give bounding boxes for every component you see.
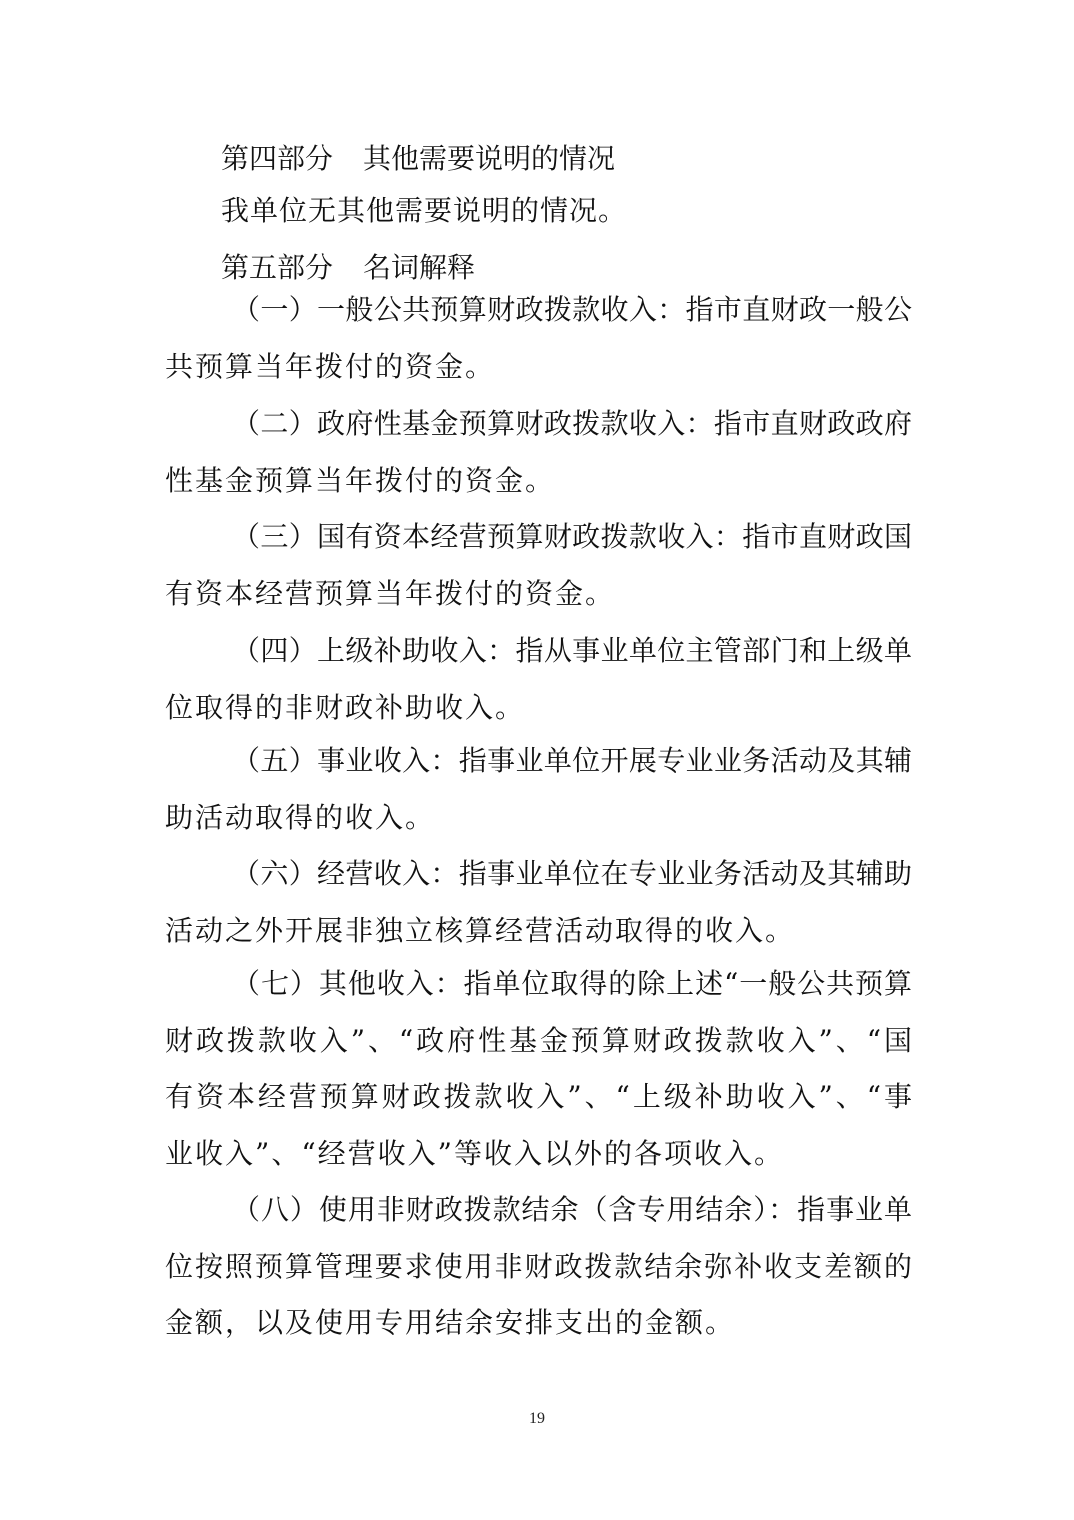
section-4-body: 我单位无其他需要说明的情况。 (221, 191, 627, 231)
definition-3-line-2: 有资本经营预算当年拨付的资金。 (165, 574, 615, 614)
definition-1-line-2: 共预算当年拨付的资金。 (165, 347, 495, 387)
section-5-number: 第五部分 (221, 251, 333, 284)
section-4-title: 其他需要说明的情况 (363, 142, 615, 175)
page-number: 19 (0, 1410, 1074, 1428)
definition-8-line-2: 位按照预算管理要求使用非财政拨款结余弥补收支差额的 (165, 1247, 912, 1287)
definition-8-line-3: 金额，以及使用专用结余安排支出的金额。 (165, 1303, 735, 1343)
definition-5-line-2: 助活动取得的收入。 (165, 798, 435, 838)
definition-5-line-1: （五）事业收入：指事业单位开展专业业务活动及其辅 (232, 741, 912, 781)
definition-4-line-1: （四）上级补助收入：指从事业单位主管部门和上级单 (232, 631, 912, 671)
definition-6-line-2: 活动之外开展非独立核算经营活动取得的收入。 (165, 911, 795, 951)
definition-6-line-1: （六）经营收入：指事业单位在专业业务活动及其辅助 (232, 854, 912, 894)
definition-3-line-1: （三）国有资本经营预算财政拨款收入：指市直财政国 (232, 517, 912, 557)
definition-7-line-3: 有资本经营预算财政拨款收入”、“上级补助收入”、“事 (165, 1077, 912, 1117)
section-5-heading: 第五部分名词解释 (221, 248, 475, 288)
document-page: 第四部分其他需要说明的情况 我单位无其他需要说明的情况。 第五部分名词解释 （一… (0, 0, 1074, 1520)
definition-4-line-2: 位取得的非财政补助收入。 (165, 688, 525, 728)
definition-8-line-1: （八）使用非财政拨款结余（含专用结余）：指事业单 (232, 1190, 912, 1230)
definition-2-line-1: （二）政府性基金预算财政拨款收入：指市直财政政府 (232, 404, 912, 444)
section-4-heading: 第四部分其他需要说明的情况 (221, 139, 615, 179)
section-5-title: 名词解释 (363, 251, 475, 284)
definition-7-line-4: 业收入”、“经营收入”等收入以外的各项收入。 (165, 1134, 784, 1174)
definition-7-line-2: 财政拨款收入”、“政府性基金预算财政拨款收入”、“国 (165, 1021, 912, 1061)
section-4-number: 第四部分 (221, 142, 333, 175)
definition-1-line-1: （一）一般公共预算财政拨款收入：指市直财政一般公 (232, 290, 912, 330)
definition-2-line-2: 性基金预算当年拨付的资金。 (165, 461, 555, 501)
definition-7-line-1: （七）其他收入：指单位取得的除上述“一般公共预算 (232, 964, 912, 1004)
